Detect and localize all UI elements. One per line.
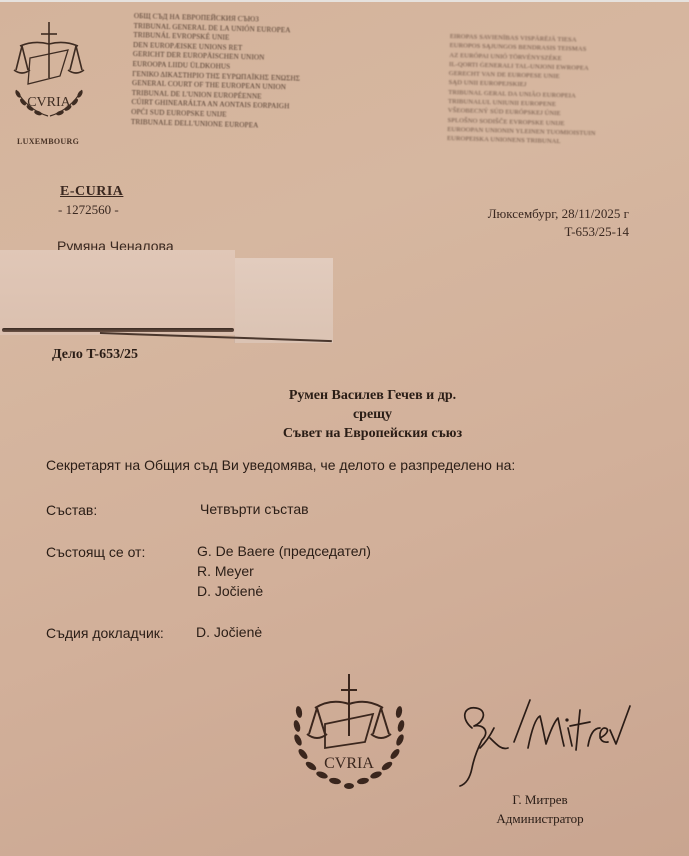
defendant: Съвет на Европейския съюз bbox=[240, 424, 505, 443]
notice-text: Секретарят на Общия съд Ви уведомява, че… bbox=[46, 457, 515, 473]
rapporteur-value: D. Jočienė bbox=[196, 623, 262, 642]
composition-label: Състоящ се от: bbox=[46, 544, 145, 560]
signer-title: Администратор bbox=[485, 809, 595, 828]
ecuria-reference-number: - 1272560 - bbox=[58, 202, 119, 218]
redaction-paper-strip bbox=[0, 250, 235, 335]
redaction-paper-strip bbox=[235, 258, 333, 343]
signer-block: Г. Митрев Администратор bbox=[485, 790, 595, 828]
chamber-value: Четвърти състав bbox=[200, 500, 309, 519]
court-names-right: EIROPAS SAVIENĪBAS VISPĀRĒJĀ TIESAEUROPO… bbox=[447, 32, 598, 148]
judge-member: D. Jočienė bbox=[197, 582, 263, 601]
ecuria-label: E-CURIA bbox=[60, 184, 123, 200]
document-reference: T-653/25-14 bbox=[564, 224, 629, 240]
paper-edge-shadow bbox=[2, 328, 234, 332]
rapporteur-label: Съдия докладчик: bbox=[46, 625, 164, 641]
curia-emblem-icon: CVRIA bbox=[8, 18, 90, 128]
versus: срещу bbox=[240, 405, 505, 424]
applicant: Румен Василев Гечев и др. bbox=[240, 386, 505, 405]
letterhead-city: LUXEMBOURG bbox=[17, 137, 79, 146]
place-and-date: Люксембург, 28/11/2025 г bbox=[488, 206, 629, 222]
signer-name: Г. Митрев bbox=[485, 790, 595, 809]
chamber-label: Състав: bbox=[46, 502, 97, 518]
svg-text:CVRIA: CVRIA bbox=[324, 755, 374, 772]
curia-stamp-icon: CVRIA bbox=[285, 668, 413, 796]
svg-text:CVRIA: CVRIA bbox=[27, 95, 71, 110]
court-names-left: ОБЩ СЪД НА ЕВРОПЕЙСКИЯ СЪЮЗTRIBUNAL GENE… bbox=[131, 12, 302, 132]
judge-member: R. Meyer bbox=[197, 562, 254, 581]
handwritten-signature: Mitrev bbox=[450, 688, 635, 788]
case-number: Дело T-653/25 bbox=[52, 347, 138, 363]
case-parties: Румен Василев Гечев и др. срещу Съвет на… bbox=[240, 386, 505, 443]
judge-president: G. De Baere (председател) bbox=[197, 542, 371, 561]
photo-top-edge bbox=[0, 0, 689, 2]
